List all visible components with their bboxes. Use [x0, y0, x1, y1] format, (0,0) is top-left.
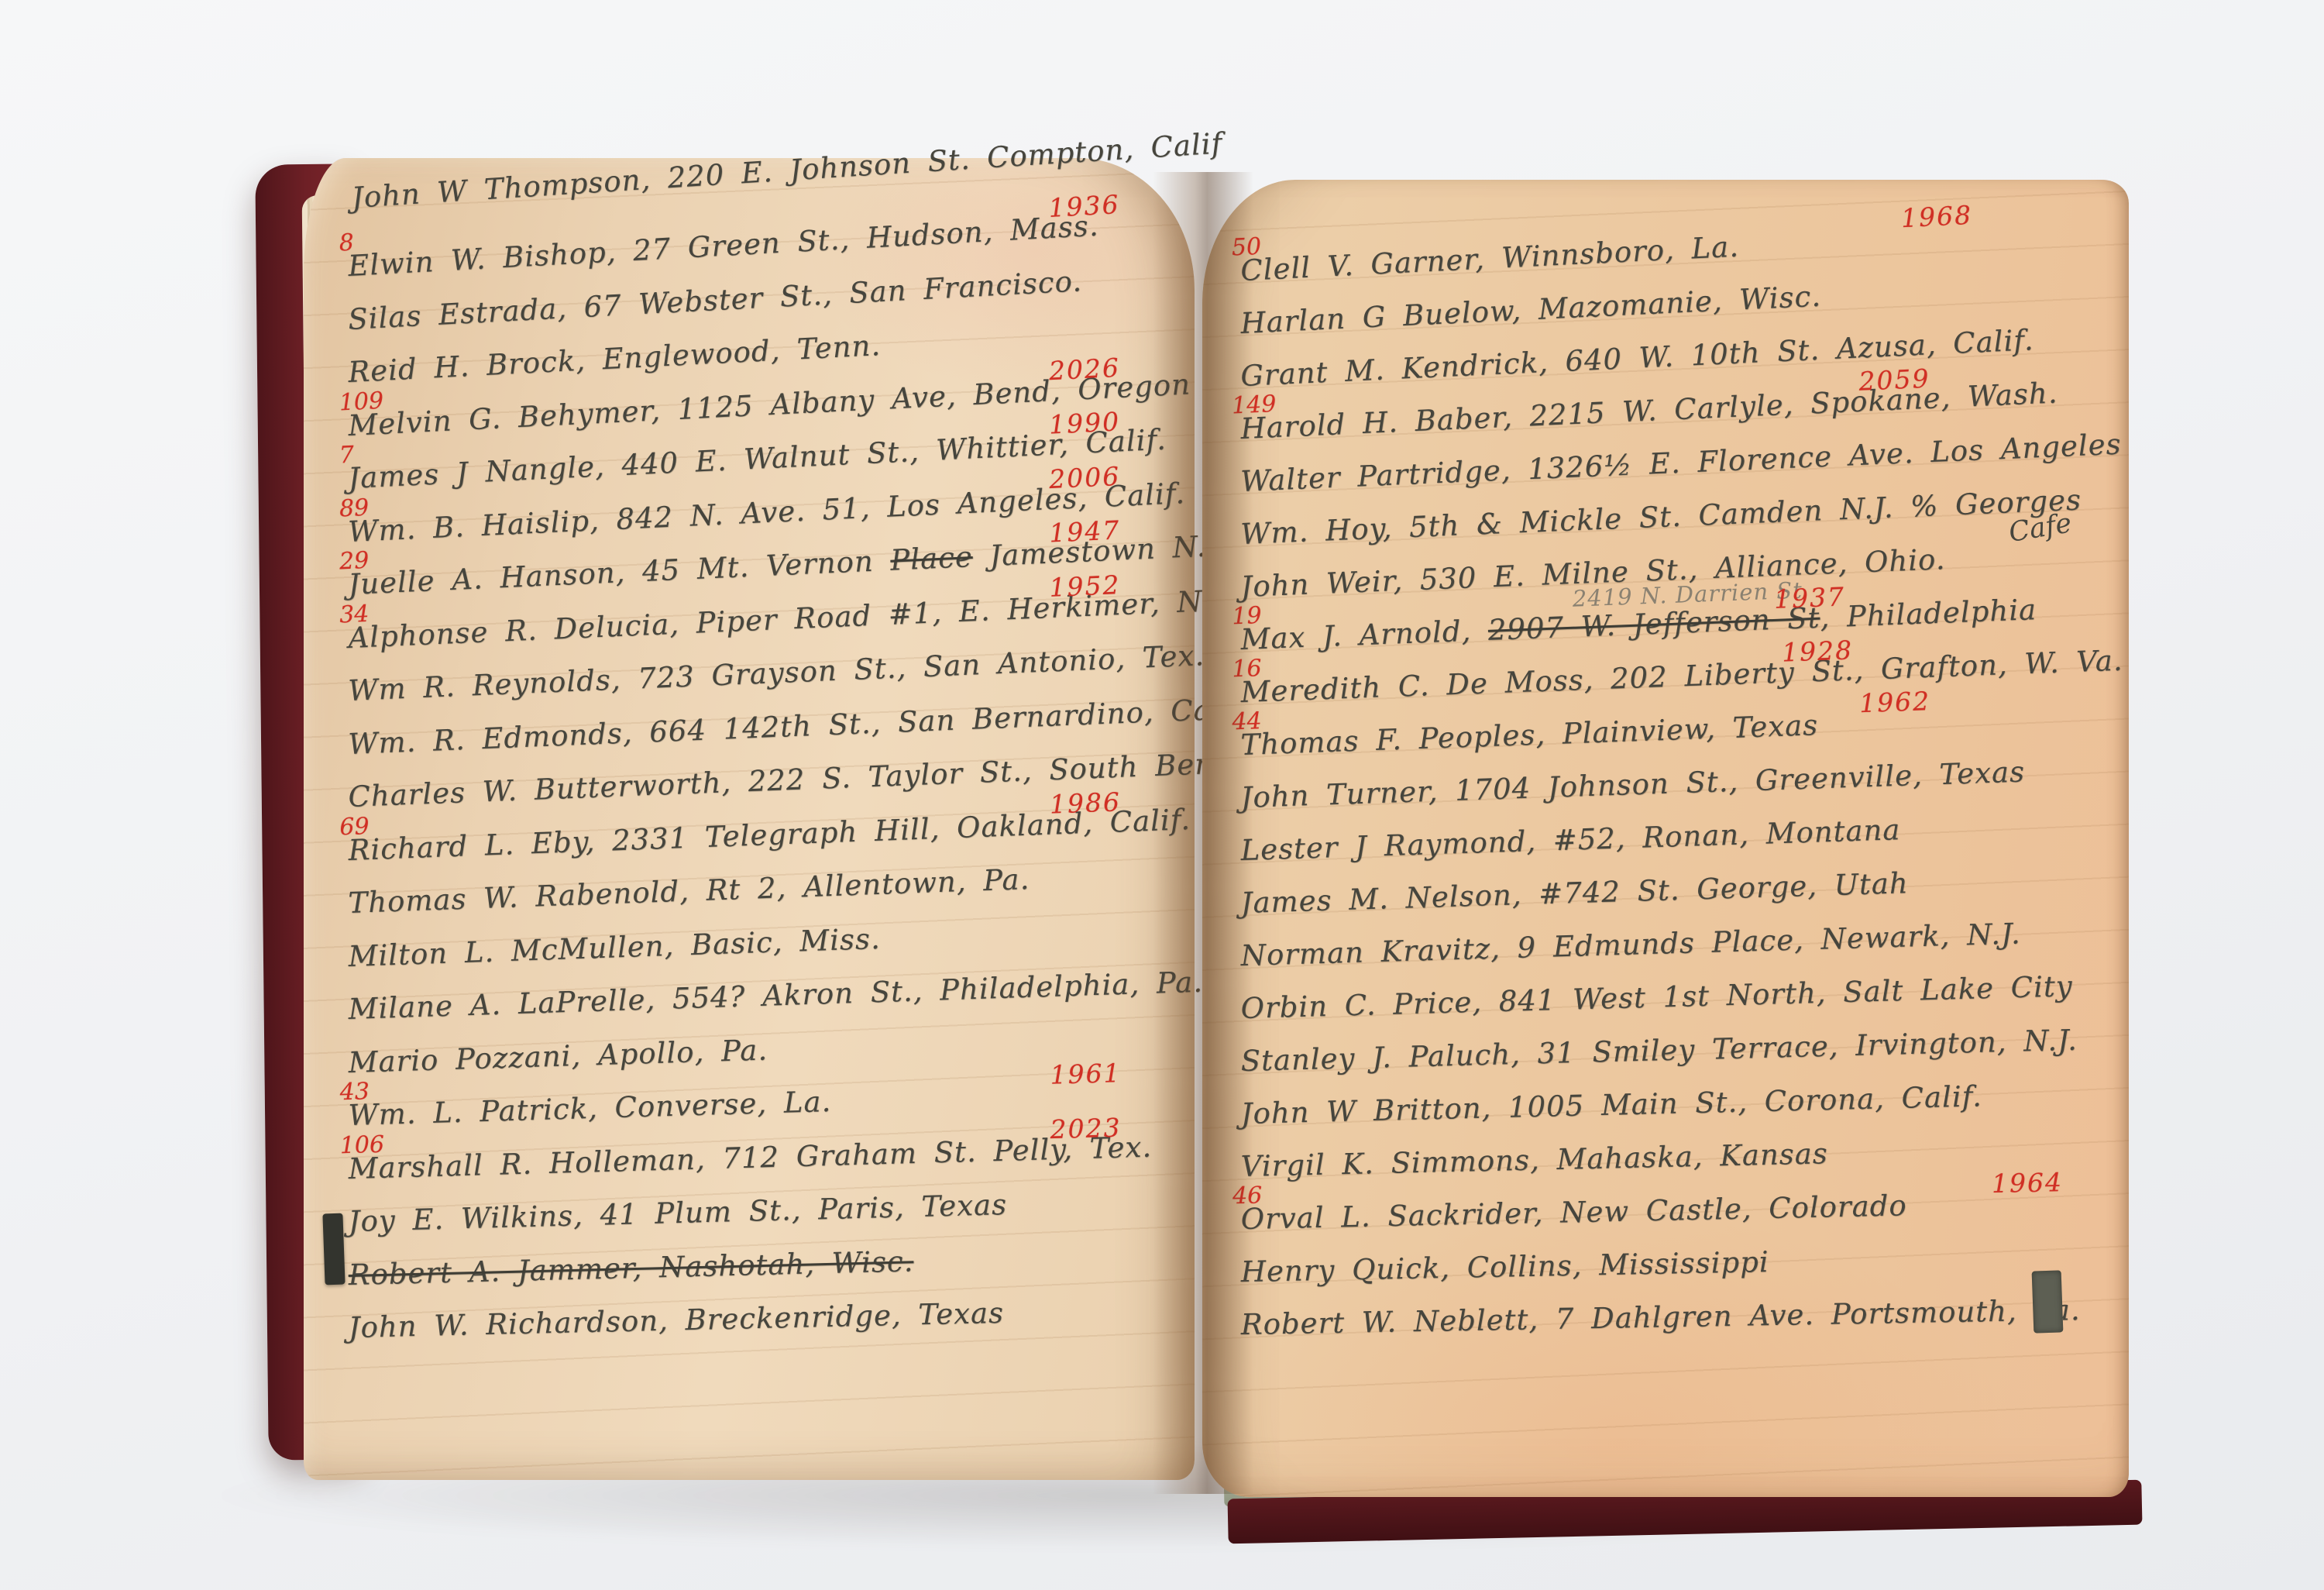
red-index-number: 149	[1231, 391, 1277, 419]
red-year-number: 1961	[1050, 1058, 1122, 1090]
bookmark-tab	[2032, 1270, 2064, 1333]
red-index-number: 43	[339, 1078, 370, 1106]
red-year-number: 2059	[1858, 363, 1931, 397]
photo-scene: John W Thompson, 220 E. Johnson St. Comp…	[0, 0, 2324, 1590]
text-segment: , Philadelphia	[1820, 593, 2037, 635]
entry-list-left: 8Elwin W. Bishop, 27 Green St., Hudson, …	[349, 250, 1181, 1365]
red-year-number: 1928	[1781, 635, 1853, 667]
red-year-number: 1937	[1773, 581, 1845, 614]
red-year-number: 1936	[1048, 189, 1121, 223]
red-index-number: 34	[339, 600, 370, 628]
red-index-number: 19	[1232, 602, 1262, 630]
red-year-number: 1986	[1049, 786, 1121, 819]
red-year-number: 1947	[1049, 515, 1122, 548]
entry-text: Clell V. Garner, Winnsboro, La.	[1239, 230, 1739, 287]
red-index-number: 46	[1232, 1182, 1263, 1210]
right-page: 50Clell V. Garner, Winnsboro, La.1968Har…	[1202, 180, 2129, 1497]
red-year-number: 1990	[1048, 406, 1121, 439]
red-index-number: 106	[339, 1131, 384, 1159]
ink-blot-mark	[322, 1213, 345, 1285]
red-year-number: 2026	[1048, 352, 1121, 385]
red-index-number: 44	[1232, 707, 1262, 735]
red-year-number: 1952	[1049, 570, 1122, 603]
red-index-number: 50	[1231, 233, 1262, 262]
red-index-number: 109	[339, 387, 384, 416]
text-segment: Clell V. Garner, Winnsboro, La.	[1239, 230, 1739, 287]
entry-list-right: 50Clell V. Garner, Winnsboro, La.1968Har…	[1241, 254, 2118, 1361]
red-index-number: 8	[339, 229, 355, 257]
red-index-number: 29	[339, 547, 370, 576]
red-year-number: 1962	[1859, 686, 1931, 718]
struck-text-segment: Place	[889, 540, 973, 577]
red-year-number: 2023	[1050, 1112, 1122, 1144]
left-page: John W Thompson, 220 E. Johnson St. Comp…	[304, 158, 1195, 1480]
red-year-number: 1964	[1992, 1167, 2064, 1199]
red-year-number: 2006	[1048, 460, 1121, 494]
red-index-number: 7	[339, 442, 355, 470]
red-index-number: 16	[1232, 655, 1262, 683]
red-index-number: 69	[339, 813, 370, 841]
red-index-number: 89	[339, 494, 370, 522]
red-year-number: 1968	[1900, 200, 1973, 233]
